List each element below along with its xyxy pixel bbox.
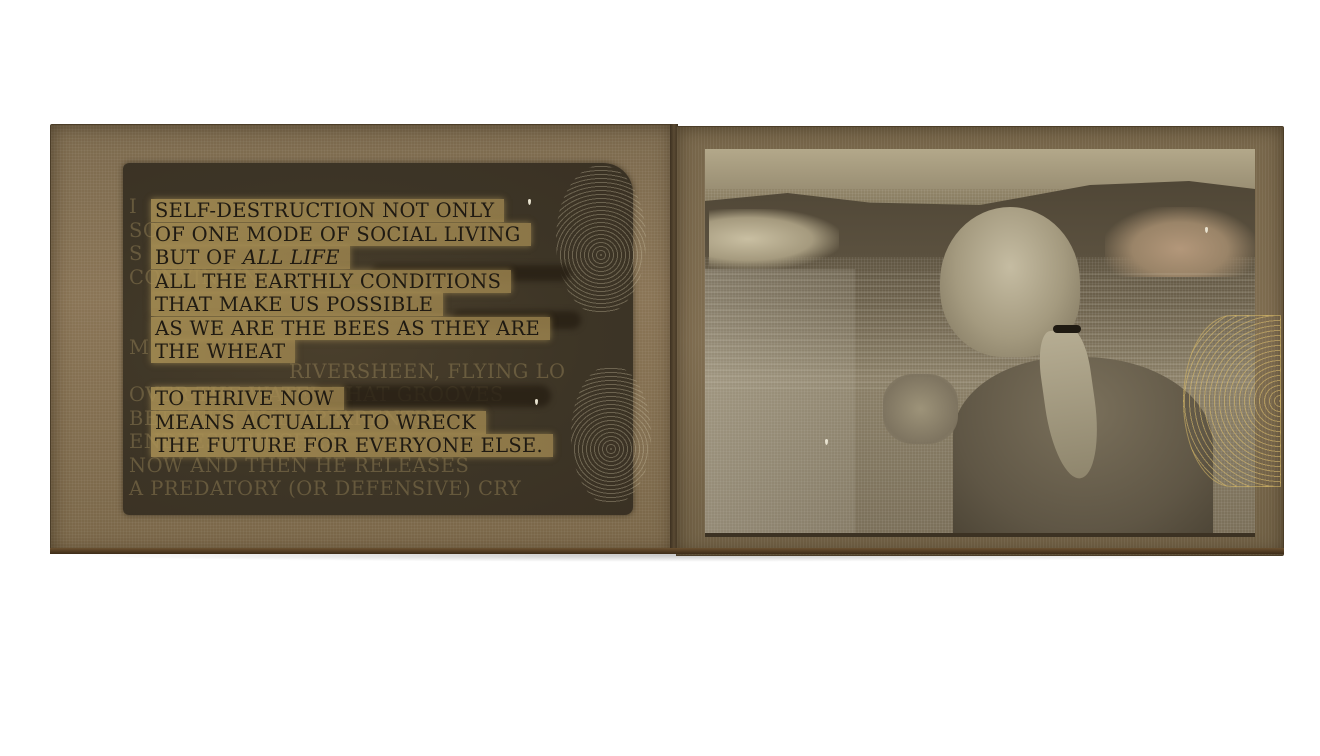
poem-line: AS WE ARE THE BEES AS THEY ARE bbox=[151, 317, 550, 340]
poem-line: SELF-DESTRUCTION NOT ONLY bbox=[151, 199, 504, 222]
right-page: Engraving of a girl with ponytail seen f… bbox=[676, 126, 1284, 556]
book-bottom-edge bbox=[50, 548, 1284, 554]
hair-tie bbox=[1053, 325, 1081, 333]
trees-left bbox=[709, 209, 839, 269]
poem-text: SELF-DESTRUCTION NOT ONLY OF ONE MODE OF… bbox=[151, 199, 553, 458]
faded-figure-overlay bbox=[705, 269, 855, 533]
poem-line: OF ONE MODE OF SOCIAL LIVING bbox=[151, 223, 531, 246]
poem-line: THE WHEAT bbox=[151, 340, 295, 363]
open-book: I SO S CONVINCING M RIVERSHEEN, FLYING L… bbox=[50, 124, 1284, 556]
image-description: Engraving of a girl with ponytail seen f… bbox=[677, 127, 678, 128]
girl-with-bird-engraving bbox=[705, 149, 1255, 537]
poem-line: MEANS ACTUALLY TO WRECK bbox=[151, 411, 486, 434]
trees-right bbox=[1105, 207, 1255, 277]
gold-wing-motif bbox=[1183, 315, 1281, 487]
poem-line: BUT OF bbox=[155, 246, 236, 269]
poem-line: ALL THE EARTHLY CONDITIONS bbox=[151, 270, 511, 293]
hands-holding-bird bbox=[883, 374, 958, 444]
poem-line: THE FUTURE FOR EVERYONE ELSE. bbox=[151, 434, 553, 457]
poem-line-italic: ALL LIFE bbox=[243, 246, 340, 269]
poem-line: THAT MAKE US POSSIBLE bbox=[151, 293, 443, 316]
left-page: I SO S CONVINCING M RIVERSHEEN, FLYING L… bbox=[50, 124, 674, 554]
poem-line: TO THRIVE NOW bbox=[151, 387, 344, 410]
